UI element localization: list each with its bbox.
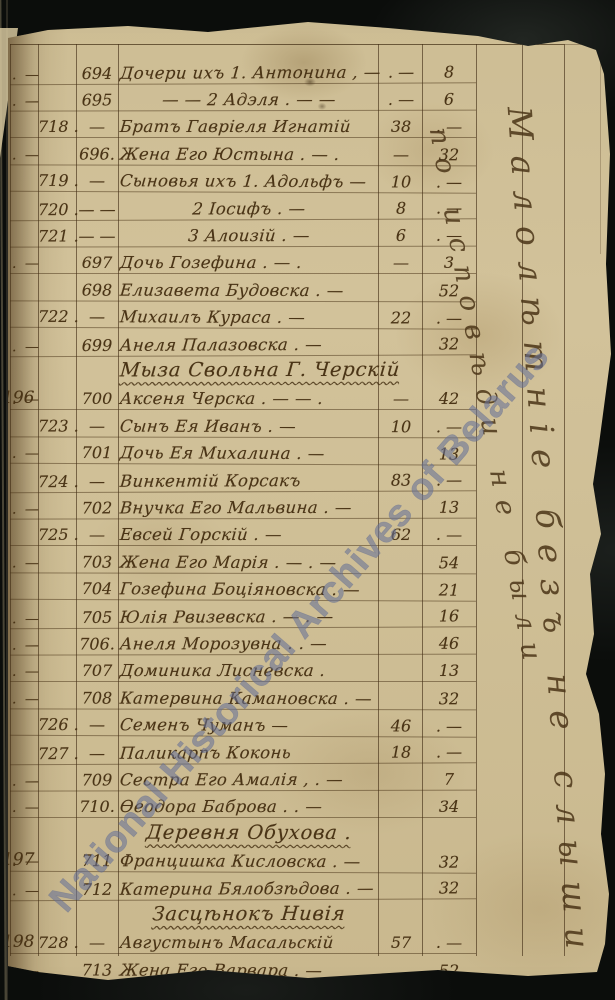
male-order-number: 718 . <box>38 117 76 136</box>
dot-dash-mark: . — <box>12 94 38 110</box>
male-age: 22 <box>380 308 422 327</box>
person-name: Аксеня Черска . — — . <box>119 389 379 408</box>
dot-dash-mark: . — <box>12 800 38 816</box>
male-order-number: 720 . <box>38 200 76 219</box>
female-order-number: 697 <box>76 253 118 272</box>
dot-dash-mark: . — <box>12 854 38 870</box>
person-name: Евсей Горскій . — <box>119 525 379 544</box>
dot-dash-mark: . — <box>12 664 38 680</box>
female-order-number: — — <box>76 200 118 219</box>
table-row: 724 .—Винкентій Корсакъ83. — <box>8 463 612 493</box>
female-age: 32 <box>424 689 474 708</box>
female-order-number: 703 <box>76 552 118 571</box>
male-age: 57 <box>380 933 422 952</box>
female-order-number: 698 <box>76 280 118 299</box>
dot-dash-mark: . — <box>12 691 38 707</box>
table-row: 198728 .—Августынъ Масальскій57. — <box>8 926 612 953</box>
female-order-number: — — <box>76 227 118 246</box>
person-name: Дочь Гозефина . — . <box>119 253 379 272</box>
dot-dash-mark: . — <box>12 502 38 518</box>
male-age: — <box>380 253 422 272</box>
female-age: 54 <box>424 553 474 572</box>
female-order-number: — <box>76 744 118 763</box>
female-order-number: 702 <box>76 499 118 518</box>
female-age: 7 <box>424 770 474 789</box>
female-order-number: — <box>76 171 118 190</box>
female-age: 13 <box>424 661 474 680</box>
female-order-number: 713 <box>76 960 118 979</box>
female-order-number: 700 <box>76 389 118 408</box>
female-order-number: 709 <box>76 771 118 790</box>
male-order-number: 722 . <box>38 307 76 326</box>
female-age: . — <box>424 742 474 761</box>
table-row: . —694Дочери ихъ 1. Антонина , —. —8 <box>8 55 612 85</box>
person-name: Дочь Ея Михалина . — <box>119 443 379 463</box>
person-name: Катерина Бялобзѣдова . — <box>119 879 379 899</box>
male-age: 8 <box>380 199 422 218</box>
female-age: . — <box>424 716 474 735</box>
section-header-row: Засцѣнокъ Нивія <box>8 899 612 927</box>
dot-dash-mark: . — <box>12 774 38 790</box>
female-order-number: 707 <box>76 661 118 680</box>
dot-dash-mark: . — <box>12 555 38 571</box>
female-age: 32 <box>424 878 474 897</box>
dot-dash-mark: . — <box>12 392 38 408</box>
male-age: . — <box>380 90 422 109</box>
pencil-page-number: 22 <box>546 16 575 45</box>
dot-dash-mark: . — <box>12 446 38 462</box>
female-order-number: — <box>76 933 118 952</box>
male-age: . — <box>380 63 422 82</box>
female-order-number: 696. <box>76 144 118 163</box>
section-header-text: Мыза Свольна Г. Черскій <box>119 358 379 382</box>
person-name: 3 Алоизій . — <box>119 226 379 246</box>
female-age: 8 <box>424 62 474 81</box>
person-name: Францишка Кисловска . — <box>119 851 379 871</box>
female-order-number: 701 <box>76 443 118 462</box>
female-order-number: 699 <box>76 336 118 355</box>
section-header-text: Засцѣнокъ Нивія <box>119 902 379 926</box>
male-order-number: 719 . <box>38 171 76 190</box>
male-order-number: 724 . <box>38 472 76 491</box>
book-page-edge <box>6 0 8 1000</box>
person-name: Сынъ Ея Иванъ . — <box>119 416 379 436</box>
female-age: 34 <box>424 797 474 816</box>
female-order-number: 708 <box>76 688 118 707</box>
dot-dash-mark: . — <box>12 611 38 627</box>
female-age: . — <box>424 525 474 544</box>
male-age: 6 <box>380 226 422 245</box>
female-order-number: — <box>76 715 118 734</box>
female-order-number: — <box>76 416 118 435</box>
person-name: Михаилъ Кураса . — <box>119 307 379 327</box>
male-age: 38 <box>380 117 422 136</box>
person-name: Винкентій Корсакъ <box>119 471 379 491</box>
female-age: 16 <box>424 606 474 625</box>
female-age: 21 <box>424 580 474 599</box>
person-name: — — 2 Адэля . — — <box>119 90 379 110</box>
female-age: 6 <box>424 90 474 109</box>
dot-dash-mark: . — <box>12 638 38 654</box>
person-name: 2 Іосифъ . — <box>119 199 379 219</box>
female-order-number: 695 <box>76 91 118 110</box>
female-age: . — <box>424 933 474 952</box>
person-name: Анеля Морозувна . . — <box>119 634 379 654</box>
male-order-number: 728 . <box>38 933 76 952</box>
person-name: Августынъ Масальскій <box>119 933 379 952</box>
person-name: Елизавета Будовска . — <box>119 280 379 300</box>
person-name: Анеля Палазовска . — <box>119 335 379 355</box>
person-name: Жена Его Варвара . — <box>119 960 379 980</box>
male-age: — <box>380 389 422 408</box>
dot-dash-mark: . — <box>12 339 38 355</box>
person-name: Сыновья ихъ 1. Адольфъ — <box>119 171 379 191</box>
male-age: — <box>380 145 422 164</box>
dot-dash-mark: . — <box>12 67 38 83</box>
female-order-number: 704 <box>76 579 118 598</box>
table-row: . —710.Ѳеодора Баброва . . —34 <box>8 790 612 817</box>
male-order-number: 727 . <box>38 744 76 763</box>
person-name: Братъ Гавріеля Игнатій <box>119 117 379 136</box>
male-age: 10 <box>380 417 422 436</box>
dot-dash-mark: . — <box>12 256 38 272</box>
table-row: 727 .—Паликарпъ Коконь18. — <box>8 735 612 765</box>
male-order-number: 726 . <box>38 715 76 734</box>
table-row: . —708Катервина Камановска . —32 <box>8 681 612 709</box>
female-order-number: — <box>76 117 118 136</box>
male-order-number: 721 . <box>38 227 76 246</box>
female-order-number: 706. <box>76 635 118 654</box>
person-name: Внучка Его Мальвина . — <box>119 498 379 518</box>
male-age: 46 <box>380 716 422 735</box>
female-age: 46 <box>424 634 474 653</box>
female-order-number: 705 <box>76 608 118 627</box>
table-row: . —709Сестра Его Амалія , . —7 <box>8 763 612 791</box>
male-age: 10 <box>380 172 422 191</box>
dot-dash-mark: . — <box>12 147 38 163</box>
scanned-page: . —694Дочери ихъ 1. Антонина , —. —8. —6… <box>0 0 615 1000</box>
table-row: 726 .—Семенъ Чуманъ —46. — <box>8 708 612 738</box>
female-order-number: — <box>76 307 118 326</box>
female-order-number: — <box>76 525 118 544</box>
male-order-number: 725 . <box>38 525 76 544</box>
female-order-number: — <box>76 472 118 491</box>
male-age: 18 <box>380 743 422 762</box>
female-age: 52 <box>424 961 474 980</box>
person-name: Жена Его Юстына . — . <box>119 144 379 164</box>
female-age: 32 <box>424 852 474 871</box>
table-row: . —701Дочь Ея Михалина . —13 <box>8 436 612 466</box>
dot-dash-mark: . — <box>12 883 38 899</box>
male-order-number: 723 . <box>38 416 76 435</box>
female-order-number: 694 <box>76 64 118 83</box>
dot-dash-mark: . — <box>12 963 38 979</box>
person-name: Дочери ихъ 1. Антонина , — <box>119 63 379 83</box>
table-row: . —713Жена Его Варвара . —52 <box>8 953 612 981</box>
